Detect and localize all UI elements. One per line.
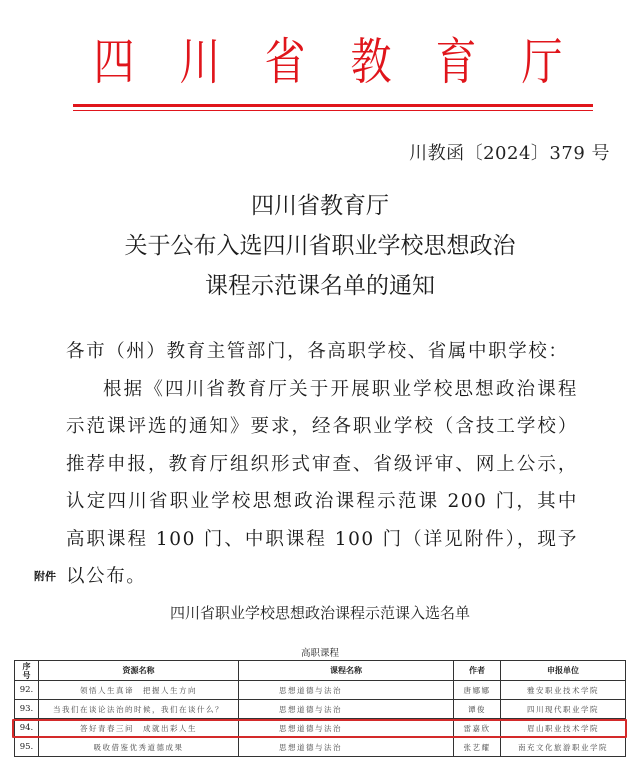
- letterhead-char: 四: [93, 32, 136, 92]
- document-number: 川教函〔2024〕379 号: [409, 139, 610, 165]
- cell-author: 唐娜娜: [454, 681, 501, 700]
- title-line-3: 课程示范课名单的通知: [0, 266, 640, 306]
- cell-course: 思想道德与法治: [239, 681, 454, 700]
- body-paragraph: 根据《四川省教育厅关于开展职业学校思想政治课程示范课评选的通知》要求，经各职业学…: [66, 371, 578, 596]
- selection-table: 序号 资源名称 课程名称 作者 申报单位 92. 领悟人生真谛 把握人生方向 思…: [14, 660, 626, 757]
- title-line-2: 关于公布入选四川省职业学校思想政治: [0, 226, 640, 266]
- salutation: 各市（州）教育主管部门，各高职学校、省属中职学校：: [66, 333, 578, 371]
- cell-no: 95.: [15, 738, 39, 757]
- table-row-highlighted: 94. 答好青春三问 成就出彩人生 思想道德与法治 雷嘉欣 眉山职业技术学院: [15, 719, 626, 738]
- letterhead-char: 川: [178, 32, 221, 92]
- cell-author: 雷嘉欣: [454, 719, 501, 738]
- cell-unit: 南充文化旅游职业学院: [501, 738, 626, 757]
- cell-unit: 雅安职业技术学院: [501, 681, 626, 700]
- attachment-label: 附件: [34, 568, 56, 584]
- cell-unit: 眉山职业技术学院: [501, 719, 626, 738]
- cell-course: 思想道德与法治: [239, 738, 454, 757]
- cell-unit: 四川现代职业学院: [501, 700, 626, 719]
- header-course: 课程名称: [239, 661, 454, 681]
- cell-author: 张艺耀: [454, 738, 501, 757]
- cell-course: 思想道德与法治: [239, 700, 454, 719]
- cell-no: 94.: [15, 719, 39, 738]
- table-row: 93. 当我们在谈论法治的时候，我们在谈什么？ 思想道德与法治 谭俊 四川现代职…: [15, 700, 626, 719]
- letterhead-char: 厅: [521, 32, 564, 92]
- header-unit: 申报单位: [501, 661, 626, 681]
- attachment-list-title: 四川省职业学校思想政治课程示范课入选名单: [0, 602, 640, 623]
- table-row: 95. 吸收借鉴优秀道德成果 思想道德与法治 张艺耀 南充文化旅游职业学院: [15, 738, 626, 757]
- header-no: 序号: [15, 661, 39, 681]
- document-title: 四川省教育厅 关于公布入选四川省职业学校思想政治 课程示范课名单的通知: [0, 186, 640, 306]
- cell-no: 93.: [15, 700, 39, 719]
- table-header-row: 序号 资源名称 课程名称 作者 申报单位: [15, 661, 626, 681]
- letterhead-char: 教: [349, 32, 392, 92]
- cell-course: 思想道德与法治: [239, 719, 454, 738]
- cell-resource: 吸收借鉴优秀道德成果: [39, 738, 239, 757]
- cell-no: 92.: [15, 681, 39, 700]
- letterhead-organization-name: 四 川 省 教 育 厅: [88, 32, 568, 92]
- cell-resource: 答好青春三问 成就出彩人生: [39, 719, 239, 738]
- header-author: 作者: [454, 661, 501, 681]
- letterhead-char: 育: [435, 32, 478, 92]
- letterhead: 四 川 省 教 育 厅: [0, 0, 640, 120]
- letterhead-char: 省: [264, 32, 307, 92]
- table-row: 92. 领悟人生真谛 把握人生方向 思想道德与法治 唐娜娜 雅安职业技术学院: [15, 681, 626, 700]
- section-title: 高职课程: [0, 645, 640, 659]
- cell-resource: 领悟人生真谛 把握人生方向: [39, 681, 239, 700]
- document-body: 各市（州）教育主管部门，各高职学校、省属中职学校： 根据《四川省教育厅关于开展职…: [66, 333, 578, 596]
- cell-author: 谭俊: [454, 700, 501, 719]
- header-resource: 资源名称: [39, 661, 239, 681]
- title-line-1: 四川省教育厅: [0, 186, 640, 226]
- letterhead-red-divider: [73, 104, 593, 111]
- cell-resource: 当我们在谈论法治的时候，我们在谈什么？: [39, 700, 239, 719]
